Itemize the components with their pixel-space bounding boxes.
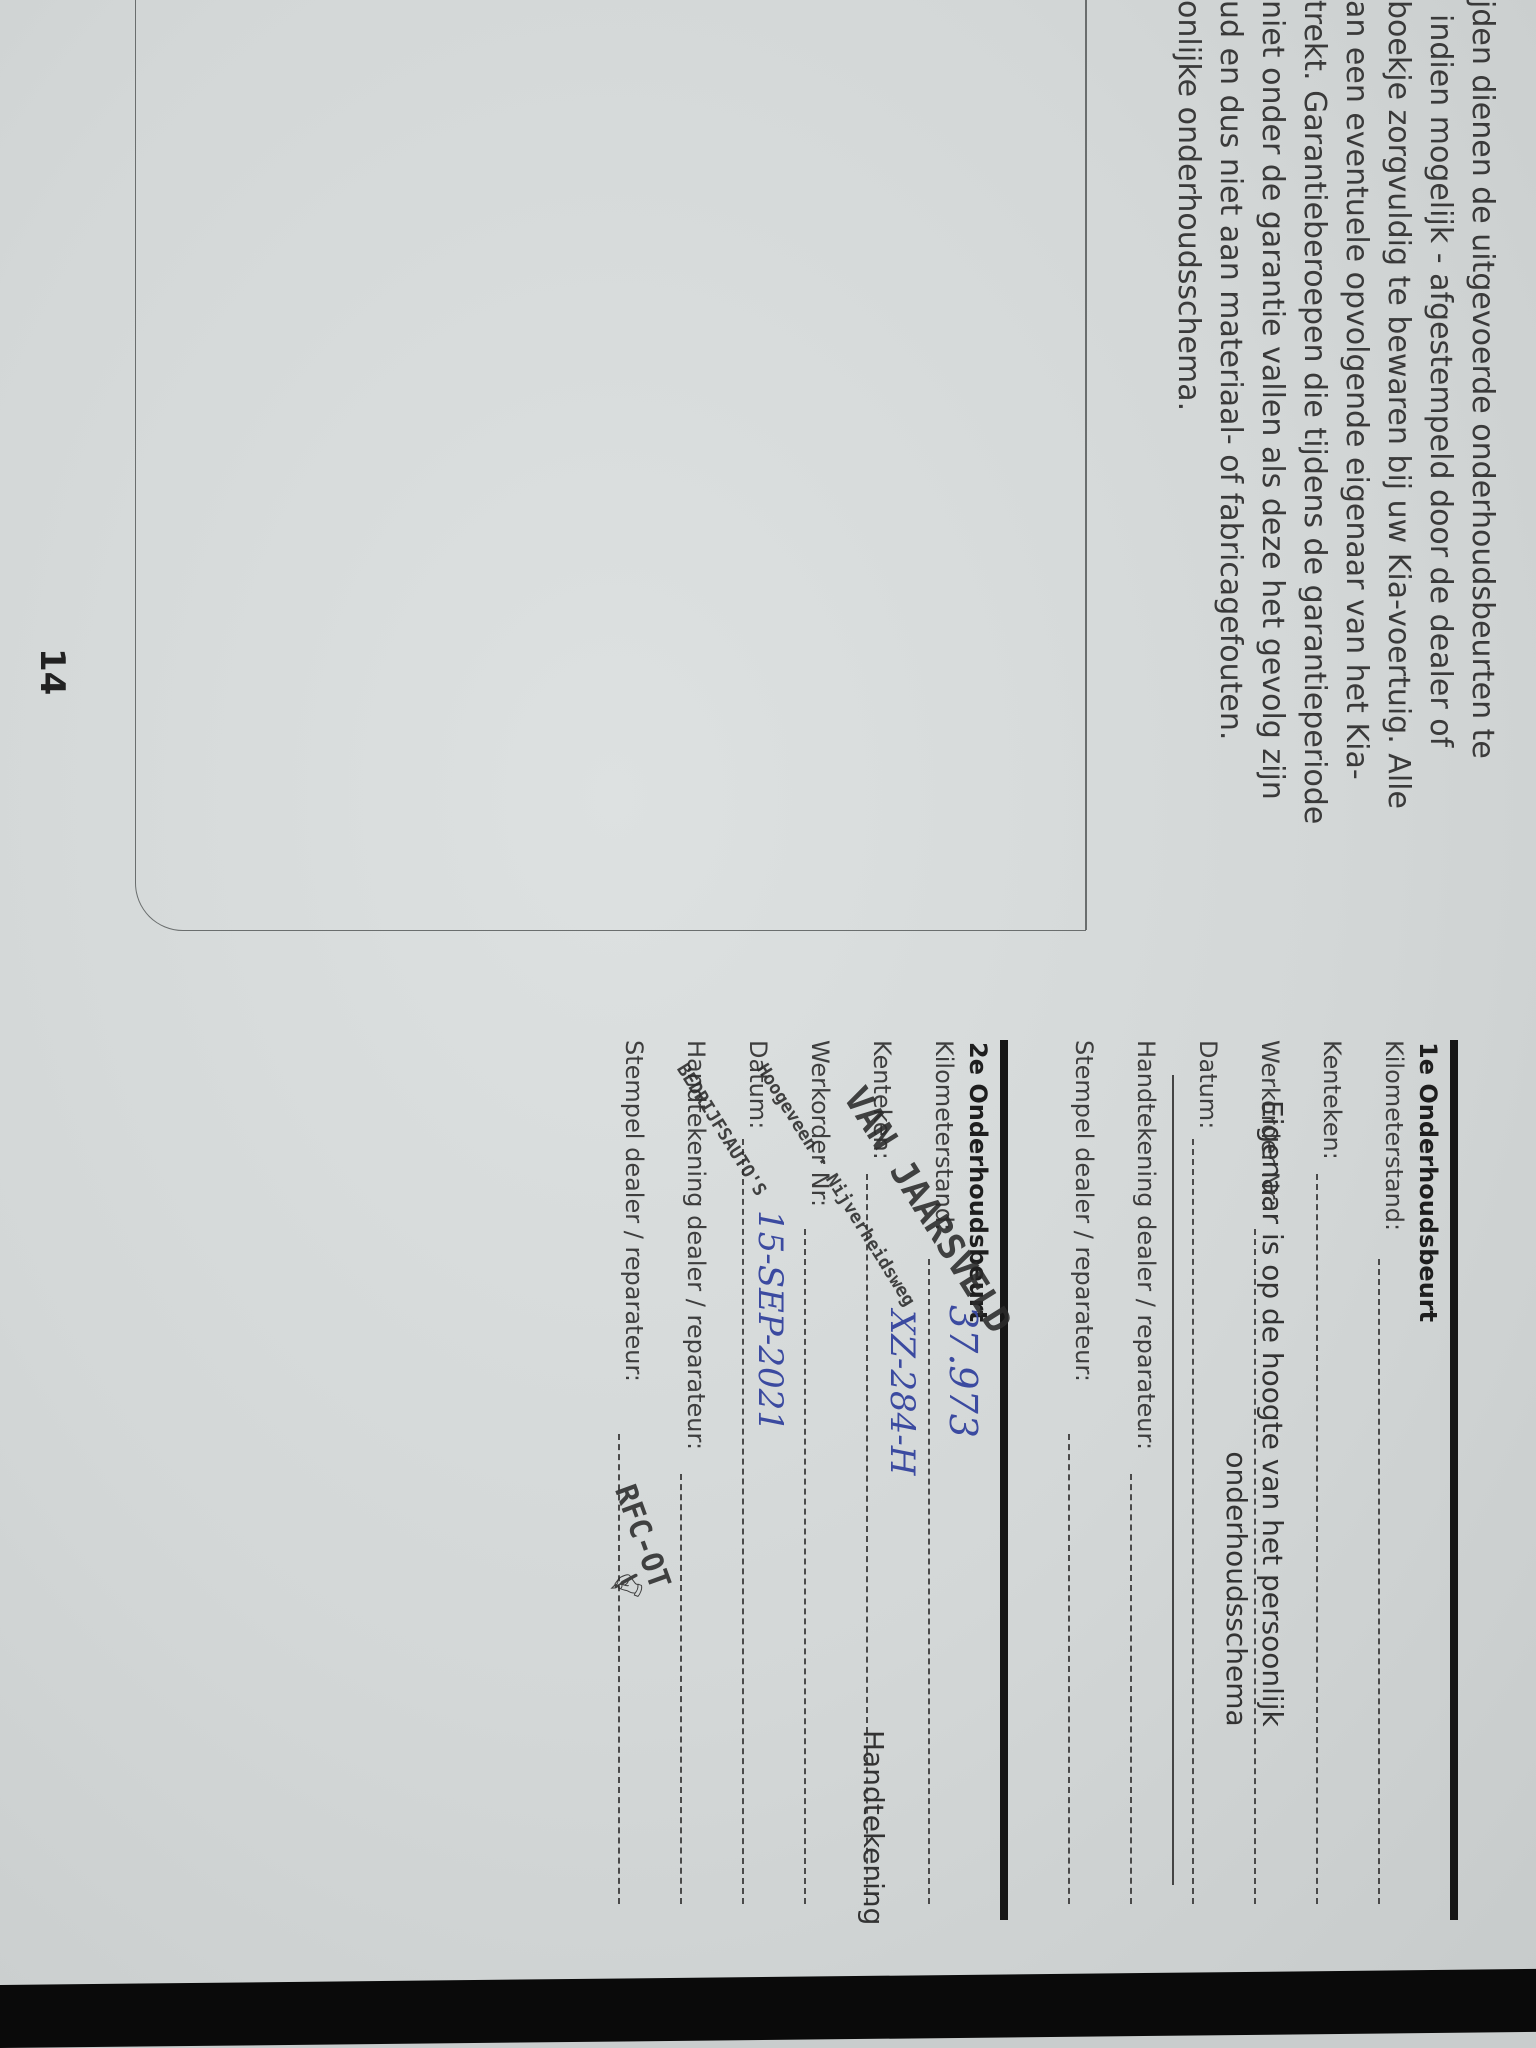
intro-line: indien mogelijk - afgestempeld door de d… — [1423, 14, 1458, 747]
handwritten-kenteken: XZ-284-H — [882, 1310, 922, 1475]
owner-acknowledgement: Eigenaar is op de hoogte van het persoon… — [1218, 1100, 1290, 1727]
field-input-line[interactable] — [680, 1474, 682, 1904]
intro-line: ud en dus niet aan materiaal- of fabrica… — [1213, 0, 1248, 740]
section-rule — [1450, 1040, 1458, 1920]
section-rule — [1000, 1040, 1008, 1920]
field-input-line[interactable] — [1316, 1174, 1318, 1904]
intro-line: trekt. Garantieberoepen die tijdens de g… — [1297, 0, 1332, 824]
section-title: 1e Onderhoudsbeurt — [1414, 1042, 1442, 1322]
field-input-line[interactable] — [742, 1139, 744, 1904]
owner-signature-line[interactable] — [1172, 1075, 1174, 1885]
owner-signature-label: Handtekening — [857, 1730, 890, 1925]
field-label: Handtekening dealer / reparateur: — [1132, 1040, 1160, 1450]
page-number: 14 — [32, 648, 72, 695]
owner-acknowledgement-line2: onderhoudsschema — [1218, 1100, 1254, 1727]
field-input-line[interactable] — [1068, 1434, 1070, 1904]
intro-line: onlijke onderhoudsschema. — [1171, 0, 1206, 411]
field-input-line[interactable] — [1130, 1474, 1132, 1904]
field-label: Kilometerstand: — [1380, 1040, 1408, 1231]
field-input-line[interactable] — [804, 1229, 806, 1904]
field-input-line[interactable] — [928, 1259, 930, 1904]
intro-line: niet onder de garantie vallen als deze h… — [1255, 0, 1290, 800]
intro-line: jden dienen de uitgevoerde onderhoudsbeu… — [1465, 0, 1500, 759]
intro-line: boekje zorgvuldig te bewaren bij uw Kia-… — [1381, 0, 1416, 809]
owner-acknowledgement-line1: Eigenaar is op de hoogte van het persoon… — [1254, 1100, 1290, 1727]
field-input-line[interactable] — [1378, 1259, 1380, 1904]
intro-line: an een eventuele opvolgende eigenaar van… — [1339, 0, 1374, 780]
field-label: Stempel dealer / reparateur: — [1070, 1040, 1098, 1382]
field-input-line[interactable] — [1192, 1139, 1194, 1904]
empty-notes-box — [135, 0, 1086, 931]
handwritten-datum: 15-SEP-2021 — [750, 1210, 790, 1432]
field-label: Kenteken: — [1318, 1040, 1346, 1160]
box-divider-line — [1085, 0, 1087, 930]
field-label: Stempel dealer / reparateur: — [620, 1040, 648, 1382]
